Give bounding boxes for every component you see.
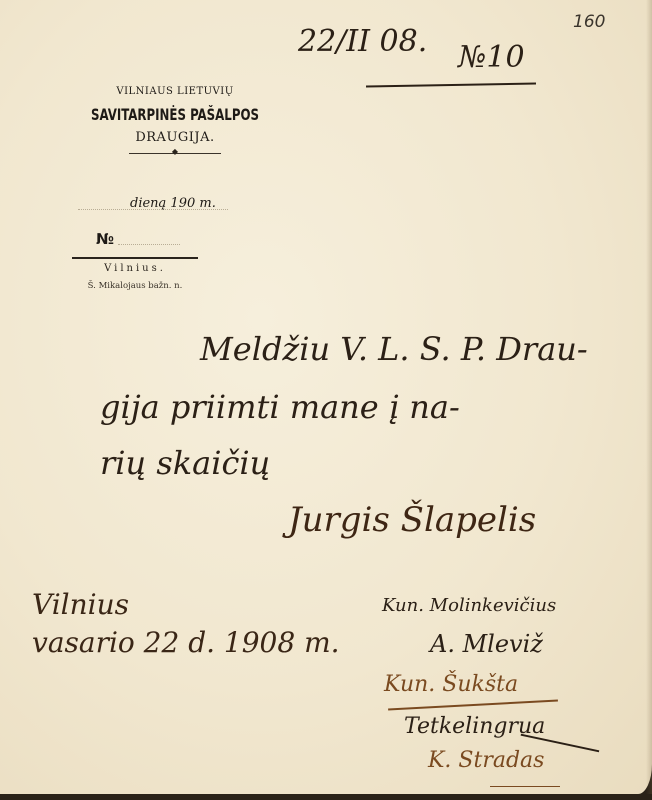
signature-flourish	[388, 700, 558, 710]
witness-signature: K. Stradas	[428, 748, 544, 773]
applicant-signature: Jurgis Šlapelis	[288, 500, 536, 540]
registration-underline	[366, 83, 536, 87]
letterhead-title: SAVITARPINĖS PAŠALPOS	[89, 105, 261, 124]
body-line-2: gija priimti mane į na-	[100, 388, 460, 426]
letterhead-address: Š. Mikalojaus bažn. n.	[72, 281, 198, 291]
number-field-label: №	[96, 230, 114, 248]
date-text: vasario 22 d. 1908 m.	[32, 626, 340, 659]
letterhead-line3: DRAUGIJA.	[70, 130, 280, 145]
signature-flourish	[490, 786, 560, 787]
registration-number: №10	[458, 40, 525, 75]
letterhead-line1: VILNIAUS LIETUVIŲ	[70, 86, 280, 97]
document-page: 160 22/II 08. №10 VILNIAUS LIETUVIŲ SAVI…	[0, 0, 652, 794]
body-line-3: rių skaičių	[100, 444, 270, 482]
place-text: Vilnius	[32, 588, 129, 621]
witness-signature: Kun. Šukšta	[384, 672, 518, 697]
page-number: 160	[573, 12, 605, 32]
letterhead-rule	[72, 257, 198, 259]
registration-date: 22/II 08.	[298, 24, 427, 59]
body-line-1: Meldžiu V. L. S. P. Drau-	[200, 330, 588, 368]
witness-heading: Kun. Molinkevičius	[382, 595, 556, 616]
number-field-dots	[118, 244, 180, 245]
ornament-divider	[129, 153, 221, 154]
date-field-label: dieną 190 m.	[130, 196, 216, 211]
witness-signature: A. Mleviž	[430, 630, 543, 658]
letterhead-city: Vilnius.	[72, 263, 198, 274]
letterhead: VILNIAUS LIETUVIŲ SAVITARPINĖS PAŠALPOS …	[70, 86, 280, 154]
